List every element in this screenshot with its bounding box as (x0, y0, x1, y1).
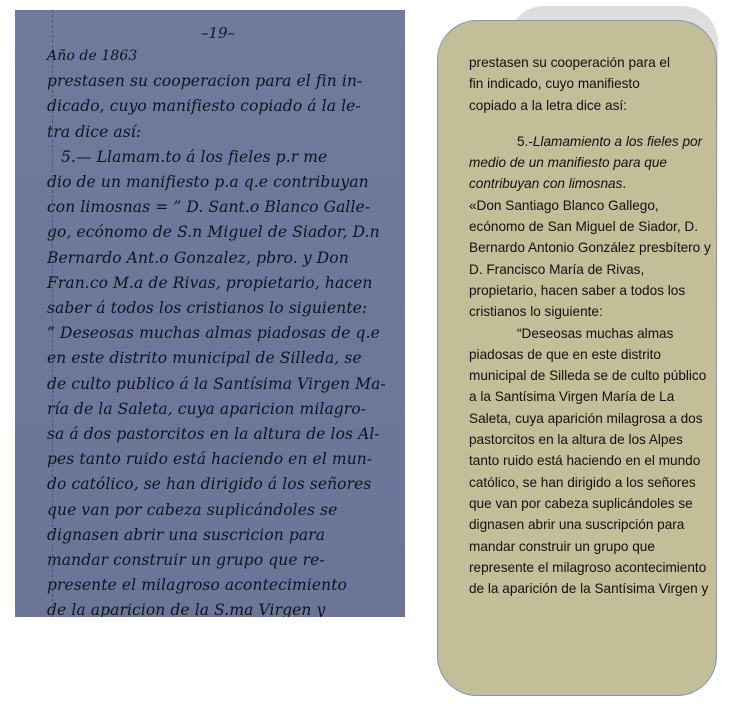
paragraph-manifesto: “Deseosas muchas almas piadosas de que e… (469, 323, 714, 600)
manuscript-line: con limosnas = ” D. Sant.o Blanco Galle- (47, 195, 387, 220)
manuscript-line: ría de la Saleta, cuya aparicion milagro… (47, 397, 387, 422)
manuscript-line: pes tanto ruido está haciendo en el mun- (47, 447, 387, 472)
intro-line: copiado a la letra dice así: (469, 95, 714, 116)
section-number: 5.- (517, 134, 533, 149)
transcription-text: prestasen su cooperación para el fin ind… (469, 52, 714, 599)
section-title: Llamamiento a los fieles por medio de un… (469, 134, 702, 192)
manuscript-line: presente el milagroso acontecimiento (47, 573, 387, 598)
section-period: . (622, 176, 626, 191)
intro-line: prestasen su cooperación para el (469, 52, 714, 73)
paragraph-announcement: «Don Santiago Blanco Gallego, ecónomo de… (469, 195, 714, 323)
manuscript-page-number: –19– (23, 24, 405, 42)
manuscript-handwriting: Año de 1863 prestasen su cooperacion par… (47, 44, 387, 617)
manuscript-line: en este distrito municipal de Silleda, s… (47, 346, 387, 371)
manuscript-line: saber á todos los cristianos lo siguient… (47, 296, 387, 321)
manuscript-line: tra dice así: (47, 120, 387, 145)
manuscript-line: go, ecónomo de S.n Miguel de Siador, D.n (47, 220, 387, 245)
manuscript-line: de la aparicion de la S.ma Virgen y (47, 598, 387, 617)
manuscript-line: Fran.co M.a de Rivas, propietario, hacen (47, 271, 387, 296)
manuscript-line: que van por cabeza suplicándoles se (47, 498, 387, 523)
manuscript-line: ” Deseosas muchas almas piadosas de q.e (47, 321, 387, 346)
section-heading: 5.-Llamamiento a los fieles por medio de… (469, 131, 714, 195)
manuscript-line: mandar construir un grupo que re- (47, 548, 387, 573)
manuscript-line: de culto publico á la Santísima Virgen M… (47, 372, 387, 397)
intro-line: fin indicado, cuyo manifiesto (469, 73, 714, 94)
manuscript-line: prestasen su cooperacion para el fin in- (47, 69, 387, 94)
manuscript-line: 5.— Llamam.to á los fieles p.r me (47, 145, 387, 170)
manuscript-line: Bernardo Ant.o Gonzalez, pbro. y Don (47, 246, 387, 271)
transcription-panel: prestasen su cooperación para el fin ind… (437, 20, 717, 696)
manuscript-photo: –19– Año de 1863 prestasen su cooperacio… (15, 10, 405, 617)
manuscript-line: sa á dos pastorcitos en la altura de los… (47, 422, 387, 447)
manuscript-line: do católico, se han dirigido á los señor… (47, 472, 387, 497)
paragraph-gap (469, 116, 714, 131)
manuscript-line: dignasen abrir una suscricion para (47, 523, 387, 548)
manuscript-line: dio de un manifiesto p.a q.e contribuyan (47, 170, 387, 195)
manuscript-line: dicado, cuyo manifiesto copiado á la le- (47, 94, 387, 119)
manuscript-line: Año de 1863 (47, 44, 387, 69)
